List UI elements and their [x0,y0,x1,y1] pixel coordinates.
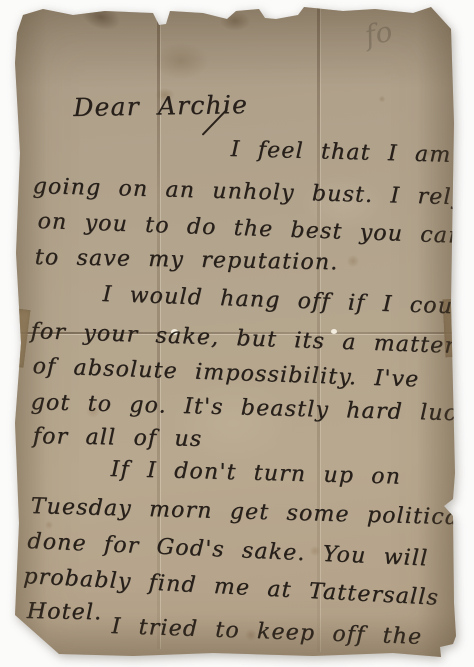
letter-line: got to go. It's beastly hard luck [30,390,472,427]
letter-line: to save my reputation. [35,245,339,275]
letter-line: of absolute impossibility. I've [32,354,420,392]
letter-line: on you to do the best you can [37,209,464,249]
letter-line: Hotel. [27,599,103,625]
letter-line: going on an unholy bust. I rely [32,174,465,210]
letter-line: If I don't turn up on [110,457,401,490]
letter-line: done for God's sake. You will [27,529,429,571]
letter-line: I tried to keep off the [111,614,423,650]
letter-line: I feel that I am [230,137,451,168]
letter-line: I would hang off if I could [102,282,474,320]
letter-line-salutation: Dear Archie [73,90,248,122]
stain-smudge-top-left [78,0,123,35]
pencil-scribble: fo [362,15,396,53]
tape-remnant-left-edge [8,308,31,368]
scan-background: fo Dear Archie I feel that I am going on… [0,0,474,667]
letter-line: Tuesday morn get some political [30,494,467,530]
letter-line: for all of us [33,424,203,452]
letter-paper: fo Dear Archie I feel that I am going on… [13,3,457,659]
letter-line: for your sake, but its a matter [30,319,456,359]
